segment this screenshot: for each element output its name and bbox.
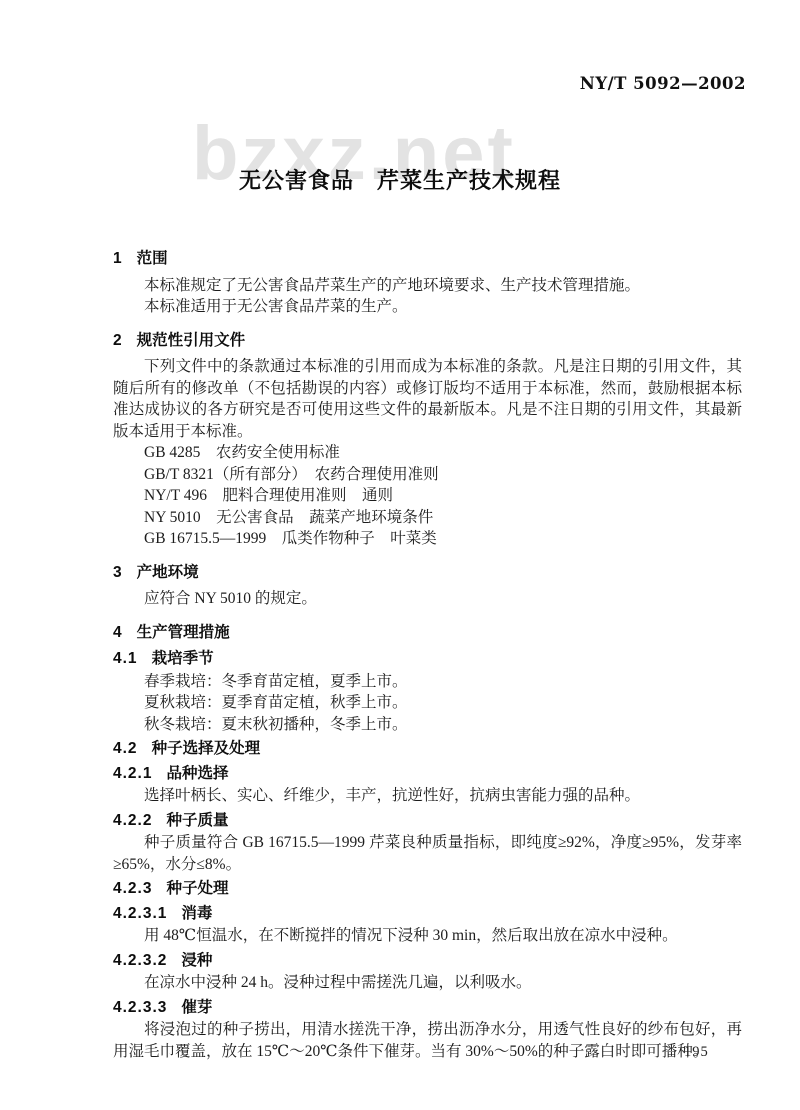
clause-number: 4.2.2 xyxy=(113,812,152,829)
reference-item: NY/T 496 肥料合理使用准则 通则 xyxy=(113,485,742,507)
clause-title: 种子质量 xyxy=(166,812,228,829)
reference-item: GB 4285 农药安全使用标准 xyxy=(113,442,742,464)
clause-number: 4.2 xyxy=(113,740,138,757)
section-1-heading: 1范围 xyxy=(113,248,742,270)
section-number: 1 xyxy=(113,250,123,267)
clause-title: 浸种 xyxy=(181,952,212,969)
section-title: 范围 xyxy=(137,250,168,267)
section-title: 规范性引用文件 xyxy=(137,332,246,349)
section-number: 3 xyxy=(113,564,123,581)
clause-title: 栽培季节 xyxy=(152,650,214,667)
reference-item: GB 16715.5—1999 瓜类作物种子 叶菜类 xyxy=(113,528,742,550)
paragraph: 将浸泡过的种子捞出，用清水搓洗干净，捞出沥净水分，用透气性良好的纱布包好，再用湿… xyxy=(113,1019,742,1062)
section-3-heading: 3产地环境 xyxy=(113,562,742,584)
clause-title: 消毒 xyxy=(181,905,212,922)
clause-4-2-1-heading: 4.2.1品种选择 xyxy=(113,763,742,785)
clause-number: 4.2.3.2 xyxy=(113,952,167,969)
paragraph: 本标准规定了无公害食品芹菜生产的产地环境要求、生产技术管理措施。 xyxy=(113,275,742,297)
paragraph: 应符合 NY 5010 的规定。 xyxy=(113,588,742,610)
section-number: 4 xyxy=(113,624,123,641)
paragraph: 用 48℃恒温水，在不断搅拌的情况下浸种 30 min，然后取出放在凉水中浸种。 xyxy=(113,925,742,947)
reference-item: GB/T 8321（所有部分） 农药合理使用准则 xyxy=(113,464,742,486)
clause-number: 4.1 xyxy=(113,650,138,667)
section-title: 生产管理措施 xyxy=(137,624,230,641)
clause-number: 4.2.3.3 xyxy=(113,999,167,1016)
document-page: NY/T 5092—2002 bzxz.net 无公害食品 芹菜生产技术规程 1… xyxy=(0,0,800,1110)
section-number: 2 xyxy=(113,332,123,349)
clause-4-2-3-2-heading: 4.2.3.2浸种 xyxy=(113,950,742,972)
season-line: 夏秋栽培：夏季育苗定植，秋季上市。 xyxy=(113,692,742,714)
clause-title: 品种选择 xyxy=(166,765,228,782)
clause-number: 4.2.3 xyxy=(113,880,152,897)
paragraph: 下列文件中的条款通过本标准的引用而成为本标准的条款。凡是注日期的引用文件，其随后… xyxy=(113,356,742,442)
section-2-heading: 2规范性引用文件 xyxy=(113,330,742,352)
clause-title: 种子处理 xyxy=(166,880,228,897)
clause-4-2-heading: 4.2种子选择及处理 xyxy=(113,738,742,760)
clause-4-2-3-1-heading: 4.2.3.1消毒 xyxy=(113,903,742,925)
paragraph: 在凉水中浸种 24 h。浸种过程中需搓洗几遍，以利吸水。 xyxy=(113,972,742,994)
clause-4-2-3-3-heading: 4.2.3.3催芽 xyxy=(113,997,742,1019)
clause-title: 种子选择及处理 xyxy=(152,740,261,757)
paragraph: 种子质量符合 GB 16715.5—1999 芹菜良种质量指标，即纯度≥92%，… xyxy=(113,832,742,875)
paragraph: 本标准适用于无公害食品芹菜的生产。 xyxy=(113,296,742,318)
clause-4-1-heading: 4.1栽培季节 xyxy=(113,648,742,670)
clause-4-2-2-heading: 4.2.2种子质量 xyxy=(113,810,742,832)
paragraph: 选择叶柄长、实心、纤维少，丰产，抗逆性好，抗病虫害能力强的品种。 xyxy=(113,785,742,807)
document-body: 1范围 本标准规定了无公害食品芹菜生产的产地环境要求、生产技术管理措施。 本标准… xyxy=(0,248,800,1062)
season-line: 春季栽培：冬季育苗定植，夏季上市。 xyxy=(113,671,742,693)
clause-title: 催芽 xyxy=(181,999,212,1016)
clause-number: 4.2.3.1 xyxy=(113,905,167,922)
section-title: 产地环境 xyxy=(137,564,199,581)
reference-item: NY 5010 无公害食品 蔬菜产地环境条件 xyxy=(113,507,742,529)
section-4-heading: 4生产管理措施 xyxy=(113,622,742,644)
clause-number: 4.2.1 xyxy=(113,765,152,782)
document-title: 无公害食品 芹菜生产技术规程 xyxy=(0,0,800,196)
clause-4-2-3-heading: 4.2.3种子处理 xyxy=(113,878,742,900)
season-line: 秋冬栽培：夏末秋初播种，冬季上市。 xyxy=(113,714,742,736)
